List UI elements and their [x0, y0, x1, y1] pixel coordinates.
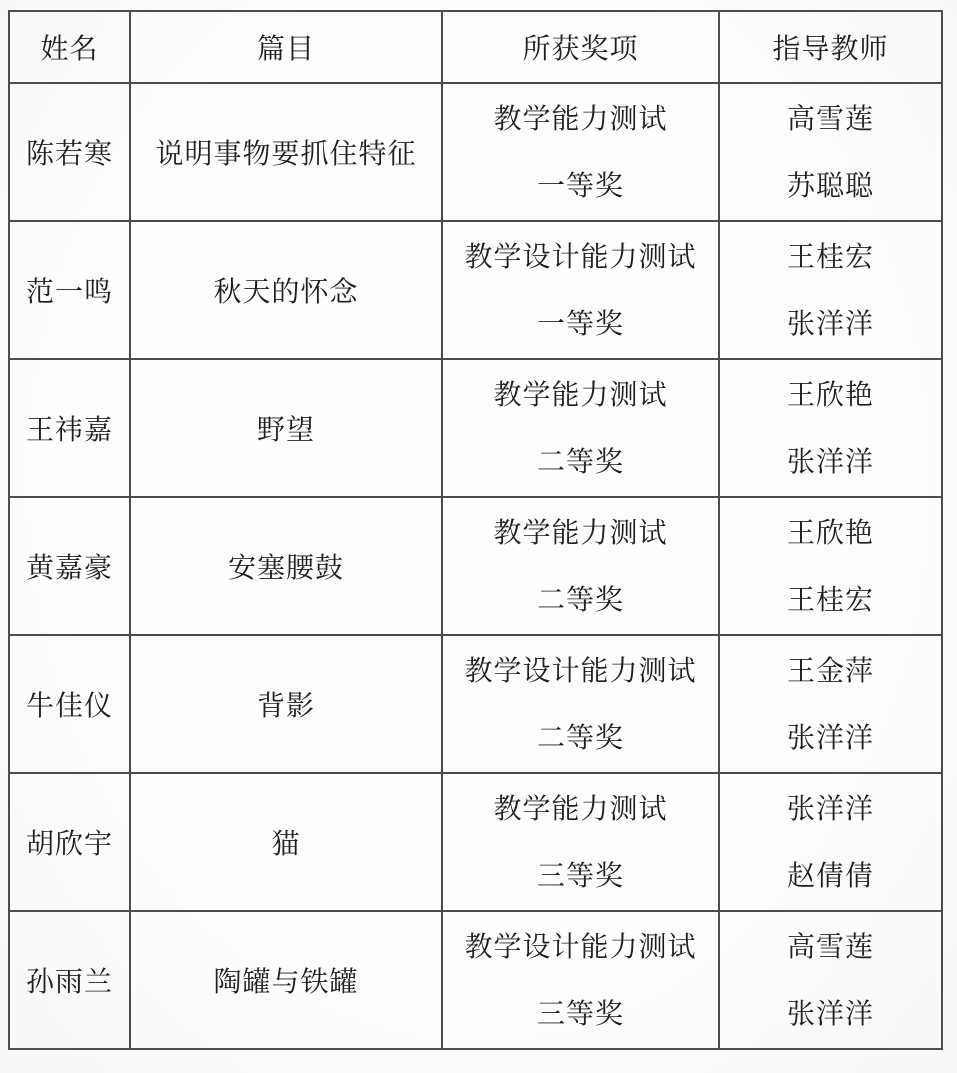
- teacher-cell: 高雪莲 张洋洋: [719, 911, 942, 1049]
- teacher-line: 张洋洋: [720, 310, 941, 338]
- name-cell: 孙雨兰: [9, 911, 130, 1049]
- award-prize-line: 二等奖: [443, 448, 718, 476]
- teacher-cell: 王欣艳 张洋洋: [719, 359, 942, 497]
- award-prize-line: 二等奖: [443, 724, 718, 752]
- column-header-teachers: 指导教师: [719, 11, 942, 83]
- column-header-name: 姓名: [9, 11, 130, 83]
- award-prize-line: 一等奖: [443, 310, 718, 338]
- name-cell: 黄嘉豪: [9, 497, 130, 635]
- teacher-line: 王桂宏: [720, 586, 941, 614]
- teacher-cell: 王桂宏 张洋洋: [719, 221, 942, 359]
- title-cell: 说明事物要抓住特征: [130, 83, 442, 221]
- award-cell: 教学能力测试 一等奖: [442, 83, 719, 221]
- teacher-line: 张洋洋: [720, 795, 941, 823]
- name-cell: 陈若寒: [9, 83, 130, 221]
- document-page: 姓名 篇目 所获奖项 指导教师 陈若寒 说明事物要抓住特征 教学能力测试 一等奖: [0, 0, 957, 1073]
- award-prize-line: 三等奖: [443, 1000, 718, 1028]
- award-prize-line: 二等奖: [443, 586, 718, 614]
- award-test-line: 教学能力测试: [443, 519, 718, 547]
- table-row: 孙雨兰 陶罐与铁罐 教学设计能力测试 三等奖 高雪莲 张洋洋: [9, 911, 942, 1049]
- name-cell: 范一鸣: [9, 221, 130, 359]
- teacher-cell: 张洋洋 赵倩倩: [719, 773, 942, 911]
- name-cell: 牛佳仪: [9, 635, 130, 773]
- title-cell: 野望: [130, 359, 442, 497]
- teacher-line: 高雪莲: [720, 105, 941, 133]
- teacher-line: 赵倩倩: [720, 862, 941, 890]
- table-row: 陈若寒 说明事物要抓住特征 教学能力测试 一等奖 高雪莲 苏聪聪: [9, 83, 942, 221]
- award-cell: 教学设计能力测试 一等奖: [442, 221, 719, 359]
- award-test-line: 教学设计能力测试: [443, 657, 718, 685]
- table-row: 黄嘉豪 安塞腰鼓 教学能力测试 二等奖 王欣艳 王桂宏: [9, 497, 942, 635]
- teacher-cell: 王金萍 张洋洋: [719, 635, 942, 773]
- table-row: 胡欣宇 猫 教学能力测试 三等奖 张洋洋 赵倩倩: [9, 773, 942, 911]
- award-prize-line: 三等奖: [443, 862, 718, 890]
- award-test-line: 教学能力测试: [443, 795, 718, 823]
- table-row: 王祎嘉 野望 教学能力测试 二等奖 王欣艳 张洋洋: [9, 359, 942, 497]
- teacher-line: 王金萍: [720, 657, 941, 685]
- teacher-line: 张洋洋: [720, 1000, 941, 1028]
- name-cell: 胡欣宇: [9, 773, 130, 911]
- award-test-line: 教学设计能力测试: [443, 933, 718, 961]
- award-prize-line: 一等奖: [443, 172, 718, 200]
- award-test-line: 教学能力测试: [443, 381, 718, 409]
- award-cell: 教学设计能力测试 二等奖: [442, 635, 719, 773]
- award-cell: 教学设计能力测试 三等奖: [442, 911, 719, 1049]
- name-cell: 王祎嘉: [9, 359, 130, 497]
- title-cell: 秋天的怀念: [130, 221, 442, 359]
- teacher-cell: 王欣艳 王桂宏: [719, 497, 942, 635]
- teacher-cell: 高雪莲 苏聪聪: [719, 83, 942, 221]
- award-cell: 教学能力测试 二等奖: [442, 497, 719, 635]
- title-cell: 陶罐与铁罐: [130, 911, 442, 1049]
- award-test-line: 教学设计能力测试: [443, 243, 718, 271]
- award-cell: 教学能力测试 二等奖: [442, 359, 719, 497]
- teacher-line: 张洋洋: [720, 724, 941, 752]
- table-row: 牛佳仪 背影 教学设计能力测试 二等奖 王金萍 张洋洋: [9, 635, 942, 773]
- table-row: 范一鸣 秋天的怀念 教学设计能力测试 一等奖 王桂宏 张洋洋: [9, 221, 942, 359]
- award-cell: 教学能力测试 三等奖: [442, 773, 719, 911]
- column-header-award: 所获奖项: [442, 11, 719, 83]
- title-cell: 猫: [130, 773, 442, 911]
- teacher-line: 高雪莲: [720, 933, 941, 961]
- title-cell: 安塞腰鼓: [130, 497, 442, 635]
- teacher-line: 王欣艳: [720, 381, 941, 409]
- award-results-table: 姓名 篇目 所获奖项 指导教师 陈若寒 说明事物要抓住特征 教学能力测试 一等奖: [8, 10, 943, 1050]
- teacher-line: 王欣艳: [720, 519, 941, 547]
- award-test-line: 教学能力测试: [443, 105, 718, 133]
- column-header-title: 篇目: [130, 11, 442, 83]
- teacher-line: 王桂宏: [720, 243, 941, 271]
- title-cell: 背影: [130, 635, 442, 773]
- header-row: 姓名 篇目 所获奖项 指导教师: [9, 11, 942, 83]
- teacher-line: 张洋洋: [720, 448, 941, 476]
- teacher-line: 苏聪聪: [720, 172, 941, 200]
